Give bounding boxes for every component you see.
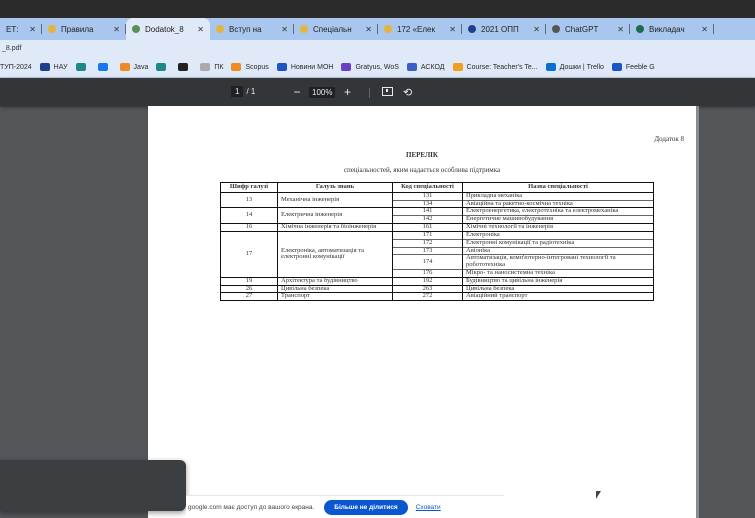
bookmark-label: ПК bbox=[214, 64, 223, 71]
bookmark-icon bbox=[612, 63, 622, 71]
page-indicator: 1 / 1 bbox=[231, 86, 255, 97]
bookmark-label: Feeble G bbox=[626, 64, 655, 71]
field-name: Механічна інженерія bbox=[278, 192, 393, 208]
bookmarks-bar: ТУП-2024 НАУ Java ПК Scopus Новини МОН G… bbox=[0, 57, 755, 78]
url-text: _8.pdf bbox=[2, 45, 21, 52]
bookmark-label: ТУП-2024 bbox=[0, 64, 32, 71]
field-code: 27 bbox=[221, 293, 278, 301]
bookmark-icon bbox=[156, 63, 166, 71]
spec-code: 174 bbox=[393, 255, 463, 270]
specialties-table: Шифр галузі Галузь знань Код спеціальнос… bbox=[220, 182, 654, 301]
circle-icon bbox=[636, 25, 644, 33]
tab-6[interactable]: 2021 ОПП ✕ bbox=[462, 18, 546, 40]
table-row: 14Електрична інженерія141Електроенергети… bbox=[221, 208, 654, 216]
window-title-bar bbox=[0, 0, 755, 18]
bookmark-label: Java bbox=[134, 64, 149, 71]
field-code: 14 bbox=[221, 208, 278, 224]
bookmark-label: Gratyus, WoS bbox=[355, 64, 398, 71]
close-tab-icon[interactable]: ✕ bbox=[113, 25, 120, 34]
bookmark-9[interactable]: Новини МОН bbox=[277, 63, 334, 71]
bookmark-14[interactable]: Feeble G bbox=[612, 63, 655, 71]
tab-title: 2021 ОПП bbox=[481, 25, 527, 34]
bookmark-5[interactable] bbox=[156, 63, 170, 71]
tab-title: Dodatok_8 bbox=[145, 25, 191, 34]
spec-code: 173 bbox=[393, 247, 463, 255]
bookmark-icon bbox=[231, 63, 241, 71]
header-spec-name: Назва спеціальності bbox=[463, 183, 654, 193]
bookmark-12[interactable]: Course: Teacher's Te... bbox=[453, 63, 538, 71]
pdf-toolbar: 1 / 1 − 100% + ⟲ bbox=[0, 78, 755, 106]
globe-icon bbox=[132, 25, 140, 33]
bookmark-3[interactable] bbox=[98, 63, 112, 71]
bookmark-10[interactable]: Gratyus, WoS bbox=[341, 63, 398, 71]
tab-title: 172 «Елек bbox=[397, 25, 443, 34]
chatgpt-icon bbox=[552, 25, 560, 33]
tab-1[interactable]: Правила ✕ bbox=[42, 18, 126, 40]
fit-page-icon[interactable] bbox=[382, 87, 393, 96]
spec-code: 272 bbox=[393, 293, 463, 301]
table-row: 27Транспорт272Авіаційний транспорт bbox=[221, 293, 654, 301]
zoom-in-button[interactable]: + bbox=[340, 85, 354, 99]
table-row: 19Архітектура та будівництво192Будівницт… bbox=[221, 277, 654, 285]
spec-code: 131 bbox=[393, 192, 463, 200]
spec-code: 172 bbox=[393, 239, 463, 247]
header-field-code: Шифр галузі bbox=[221, 183, 278, 193]
bookmark-icon bbox=[453, 63, 463, 71]
bookmark-icon bbox=[120, 63, 130, 71]
bookmark-icon bbox=[40, 63, 50, 71]
tab-8[interactable]: Викладач ✕ bbox=[630, 18, 714, 40]
screen-share-bar: google.com має доступ до вашого екрана. … bbox=[186, 495, 504, 518]
address-bar[interactable]: _8.pdf bbox=[0, 40, 755, 57]
close-tab-icon[interactable]: ✕ bbox=[449, 25, 456, 34]
bookmark-icon bbox=[178, 63, 188, 71]
globe-icon bbox=[384, 25, 392, 33]
hide-link[interactable]: Сховати bbox=[416, 504, 441, 511]
field-code: 17 bbox=[221, 231, 278, 277]
close-tab-icon[interactable]: ✕ bbox=[365, 25, 372, 34]
tab-0[interactable]: ЕТ: ✕ bbox=[0, 18, 42, 40]
field-code: 19 bbox=[221, 277, 278, 285]
field-name: Хімічна інженерія та біоінженерія bbox=[278, 224, 393, 232]
field-name: Архітектура та будівництво bbox=[278, 277, 393, 285]
field-code: 13 bbox=[221, 192, 278, 208]
bookmark-2[interactable] bbox=[76, 63, 90, 71]
bookmark-icon bbox=[277, 63, 287, 71]
close-tab-icon[interactable]: ✕ bbox=[29, 25, 36, 34]
bookmark-11[interactable]: АСКОД bbox=[407, 63, 445, 71]
globe-icon bbox=[216, 25, 224, 33]
zoom-controls: − 100% + bbox=[290, 85, 354, 99]
bookmark-icon bbox=[341, 63, 351, 71]
bookmark-4[interactable]: Java bbox=[120, 63, 149, 71]
zoom-level-input[interactable]: 100% bbox=[309, 87, 335, 98]
document-title: ПЕРЕЛІК bbox=[148, 151, 696, 159]
bookmark-label: Новини МОН bbox=[291, 64, 334, 71]
bookmark-7[interactable]: ПК bbox=[200, 63, 223, 71]
bookmark-label: АСКОД bbox=[421, 64, 445, 71]
field-code: 16 bbox=[221, 224, 278, 232]
tab-title: Спеціальн bbox=[313, 25, 359, 34]
close-tab-icon[interactable]: ✕ bbox=[701, 25, 708, 34]
plane-icon bbox=[468, 25, 476, 33]
total-pages: 1 bbox=[251, 87, 255, 96]
tab-title: ЕТ: bbox=[6, 25, 23, 34]
tab-4[interactable]: Спеціальн ✕ bbox=[294, 18, 378, 40]
table-row: 17Електроніка, автоматизація та електрон… bbox=[221, 231, 654, 239]
spec-name: Електронні комунікації та радіотехніка bbox=[463, 239, 654, 247]
tab-5[interactable]: 172 «Елек ✕ bbox=[378, 18, 462, 40]
bookmark-8[interactable]: Scopus bbox=[231, 63, 268, 71]
bookmark-label: НАУ bbox=[54, 64, 68, 71]
field-name: Транспорт bbox=[278, 293, 393, 301]
bookmark-1[interactable]: НАУ bbox=[40, 63, 68, 71]
spec-name: Авіаційний транспорт bbox=[463, 293, 654, 301]
tab-title: Вступ на bbox=[229, 25, 275, 34]
notification-popup bbox=[0, 460, 186, 511]
table-row: 13Механічна інженерія131Прикладна механі… bbox=[221, 192, 654, 200]
bookmark-icon bbox=[76, 63, 86, 71]
tab-strip: ЕТ: ✕ Правила ✕ Dodatok_8 ✕ Вступ на ✕ С… bbox=[0, 18, 755, 40]
tab-3[interactable]: Вступ на ✕ bbox=[210, 18, 294, 40]
bookmark-label: Scopus bbox=[245, 64, 268, 71]
bookmark-0[interactable]: ТУП-2024 bbox=[0, 64, 32, 71]
spec-name: Будівництво та цивільна інженерія bbox=[463, 277, 654, 285]
tab-separator bbox=[713, 24, 714, 34]
appendix-label: Додаток 8 bbox=[654, 135, 684, 143]
bookmark-icon bbox=[200, 63, 210, 71]
bookmark-icon bbox=[546, 63, 556, 71]
table-row: 16Хімічна інженерія та біоінженерія161Хі… bbox=[221, 224, 654, 232]
mouse-cursor-icon bbox=[596, 491, 601, 499]
bookmark-13[interactable]: Дошки | Trello bbox=[546, 63, 604, 71]
tab-7[interactable]: ChatGPT ✕ bbox=[546, 18, 630, 40]
toolbar-divider bbox=[369, 88, 370, 98]
bookmark-icon bbox=[98, 63, 108, 71]
field-name: Електрична інженерія bbox=[278, 208, 393, 224]
bookmark-6[interactable] bbox=[178, 63, 192, 71]
header-spec-code: Код спеціальності bbox=[393, 183, 463, 193]
globe-icon bbox=[48, 25, 56, 33]
tab-2[interactable]: Dodatok_8 ✕ bbox=[126, 18, 210, 40]
stop-sharing-button[interactable]: Більше не ділитися bbox=[324, 500, 407, 515]
tab-title: ChatGPT bbox=[565, 25, 611, 34]
tab-title: Викладач bbox=[649, 25, 695, 34]
page-separator: / bbox=[246, 87, 248, 96]
close-tab-icon[interactable]: ✕ bbox=[533, 25, 540, 34]
close-tab-icon[interactable]: ✕ bbox=[197, 25, 204, 34]
bookmark-icon bbox=[407, 63, 417, 71]
spec-code: 192 bbox=[393, 277, 463, 285]
tab-title: Правила bbox=[61, 25, 107, 34]
document-subtitle: спеціальностей, яким надається особлива … bbox=[148, 166, 696, 174]
rotate-icon[interactable]: ⟲ bbox=[403, 86, 412, 99]
globe-icon bbox=[300, 25, 308, 33]
pdf-page: Додаток 8 ПЕРЕЛІК спеціальностей, яким н… bbox=[148, 106, 699, 518]
zoom-out-button[interactable]: − bbox=[290, 85, 304, 99]
header-field-name: Галузь знань bbox=[278, 183, 393, 193]
bookmark-label: Дошки | Trello bbox=[560, 64, 604, 71]
field-name: Електроніка, автоматизація та електронні… bbox=[278, 231, 393, 277]
page-number-input[interactable]: 1 bbox=[231, 86, 243, 97]
close-tab-icon[interactable]: ✕ bbox=[617, 25, 624, 34]
spec-name: Прикладна механіка bbox=[463, 192, 654, 200]
bookmark-label: Course: Teacher's Te... bbox=[467, 64, 538, 71]
close-tab-icon[interactable]: ✕ bbox=[281, 25, 288, 34]
spec-name: Автоматизація, комп'ютерно-інтегровані т… bbox=[463, 255, 654, 270]
share-message: google.com має доступ до вашого екрана. bbox=[188, 504, 314, 511]
